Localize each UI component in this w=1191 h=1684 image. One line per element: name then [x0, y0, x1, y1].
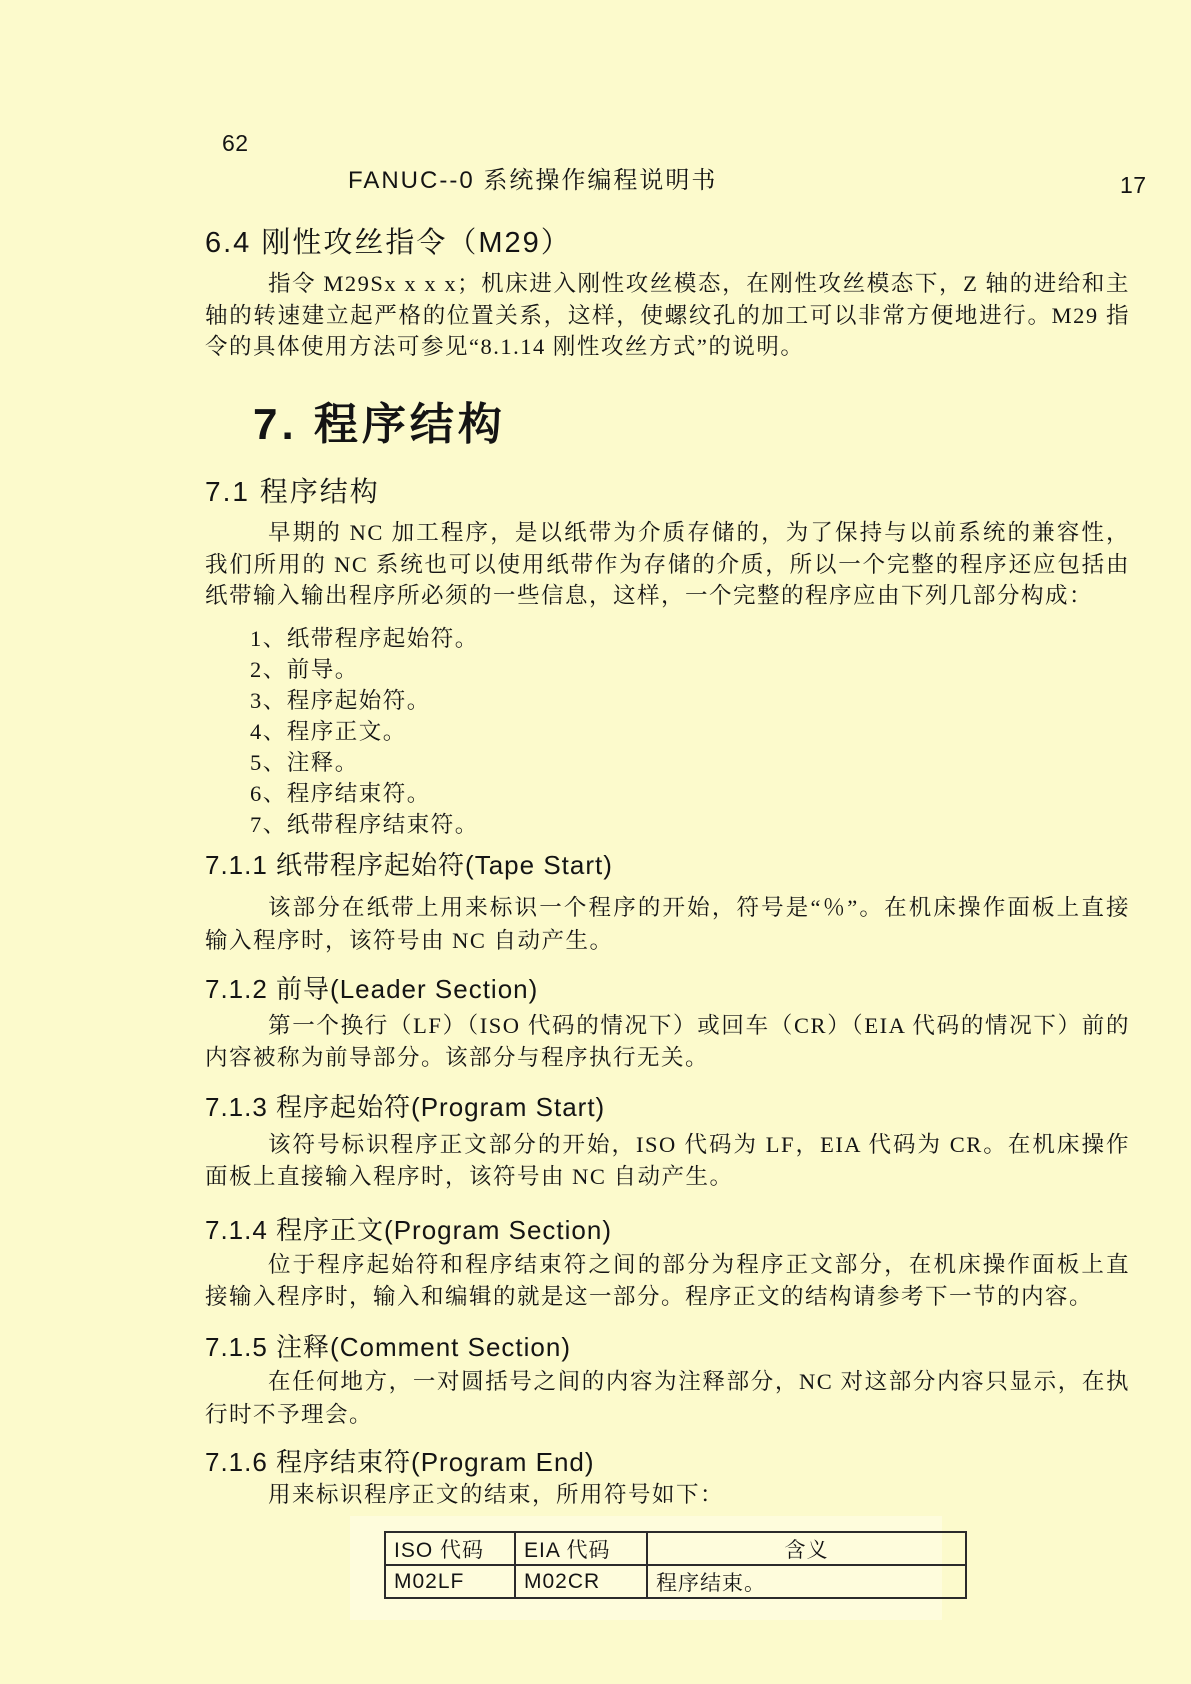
section-7-1-body: 早期的 NC 加工程序，是以纸带为介质存储的，为了保持与以前系统的兼容性，我们所… [205, 517, 1130, 612]
table-row: M02LF M02CR 程序结束。 [385, 1565, 966, 1598]
manual-page: 62 FANUC--0 系统操作编程说明书 17 6.4 刚性攻丝指令（M29）… [0, 0, 1191, 1684]
subsection-7-1-3-heading: 7.1.3 程序起始符(Program Start) [205, 1087, 605, 1124]
list-item: 6、程序结束符。 [250, 778, 479, 809]
page-number-left: 62 [222, 130, 249, 157]
subsection-7-1-4-heading: 7.1.4 程序正文(Program Section) [205, 1210, 612, 1247]
subsection-7-1-6-heading: 7.1.6 程序结束符(Program End) [205, 1442, 595, 1479]
list-item: 7、纸带程序结束符。 [250, 809, 479, 840]
list-item: 5、注释。 [250, 747, 479, 778]
chapter-7-heading: 7. 程序结构 [253, 388, 506, 452]
subsection-7-1-5-heading: 7.1.5 注释(Comment Section) [205, 1327, 571, 1364]
list-item: 2、前导。 [250, 654, 479, 685]
subsection-7-1-1-body: 该部分在纸带上用来标识一个程序的开始，符号是“％”。在机床操作面板上直接输入程序… [205, 891, 1130, 957]
list-item: 3、程序起始符。 [250, 685, 479, 716]
table-header-meaning: 含义 [647, 1532, 966, 1565]
page-number-right: 17 [1120, 172, 1147, 199]
table-header-row: ISO 代码 EIA 代码 含义 [385, 1532, 966, 1565]
program-end-table: ISO 代码 EIA 代码 含义 M02LF M02CR 程序结束。 [384, 1531, 967, 1599]
table-cell-iso-value: M02LF [385, 1565, 515, 1598]
subsection-7-1-5-body: 在任何地方，一对圆括号之间的内容为注释部分，NC 对这部分内容只显示，在执行时不… [205, 1365, 1130, 1431]
table-header-eia-code: EIA 代码 [515, 1532, 647, 1565]
table-cell-eia-value: M02CR [515, 1565, 647, 1598]
subsection-7-1-1-heading: 7.1.1 纸带程序起始符(Tape Start) [205, 845, 613, 882]
table-cell-meaning-value: 程序结束。 [647, 1565, 966, 1598]
subsection-7-1-3-body: 该符号标识程序正文部分的开始，ISO 代码为 LF，EIA 代码为 CR。在机床… [205, 1129, 1130, 1192]
subsection-7-1-2-body: 第一个换行（LF）（ISO 代码的情况下）或回车（CR）（EIA 代码的情况下）… [205, 1010, 1130, 1073]
subsection-7-1-2-heading: 7.1.2 前导(Leader Section) [205, 969, 538, 1006]
table-header-iso-code: ISO 代码 [385, 1532, 515, 1565]
document-header-title: FANUC--0 系统操作编程说明书 [348, 160, 717, 195]
subsection-7-1-6-body: 用来标识程序正文的结束，所用符号如下： [205, 1479, 1130, 1511]
section-6-4-heading: 6.4 刚性攻丝指令（M29） [205, 220, 572, 261]
program-parts-list: 1、纸带程序起始符。 2、前导。 3、程序起始符。 4、程序正文。 5、注释。 … [250, 623, 479, 840]
list-item: 4、程序正文。 [250, 716, 479, 747]
section-6-4-body: 指令 M29Sx x x x；机床进入刚性攻丝模态，在刚性攻丝模态下，Z 轴的进… [205, 268, 1130, 363]
subsection-7-1-4-body: 位于程序起始符和程序结束符之间的部分为程序正文部分，在机床操作面板上直接输入程序… [205, 1249, 1130, 1312]
section-7-1-heading: 7.1 程序结构 [205, 470, 380, 510]
list-item: 1、纸带程序起始符。 [250, 623, 479, 654]
